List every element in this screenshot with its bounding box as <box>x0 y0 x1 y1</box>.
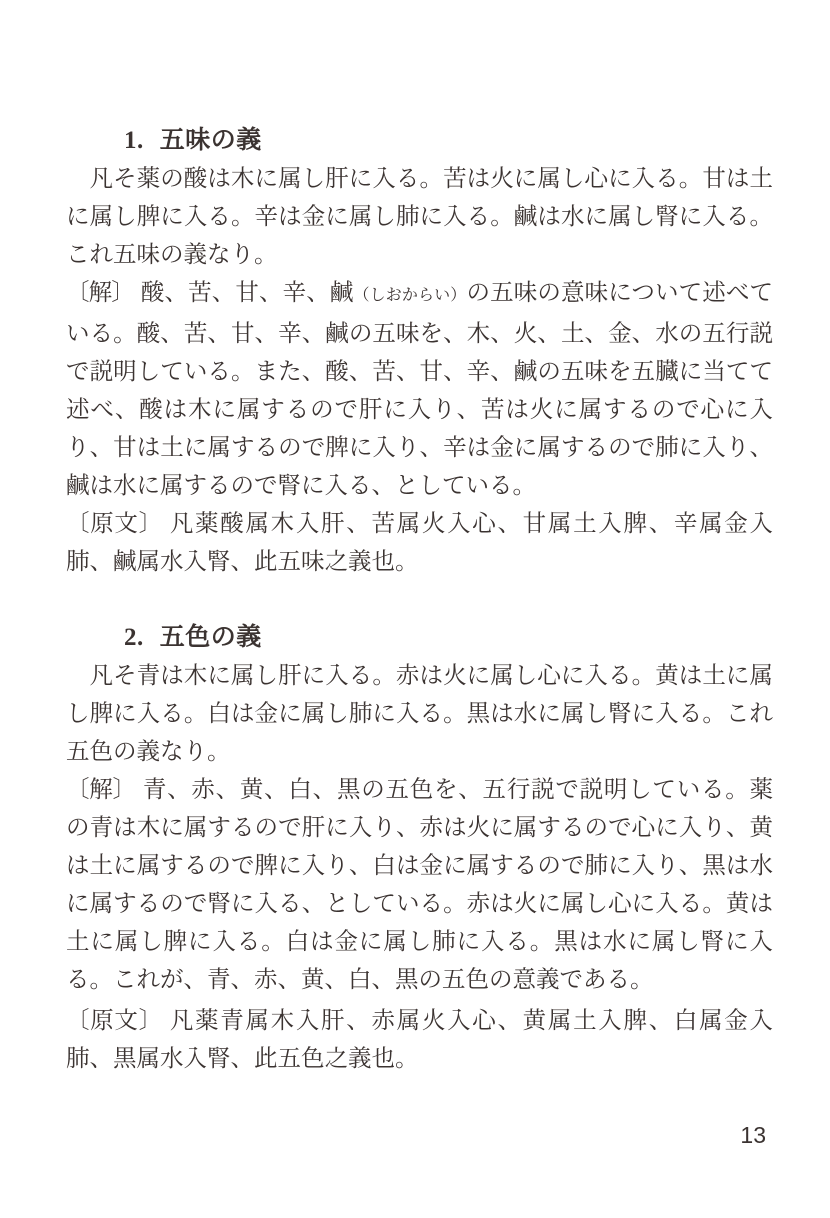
section-body-paragraph: 凡そ薬の酸は木に属し肝に入る。苦は火に属し心に入る。甘は土に属し脾に入る。辛は金… <box>66 160 773 274</box>
commentary-label: 〔解〕 <box>66 777 136 803</box>
section-heading: 1.五味の義 <box>66 122 773 160</box>
original-text: 凡薬青属木入肝、赤属火入心、黄属土入脾、白属金入肺、黒属水入腎、此五色之義也。 <box>66 1008 773 1072</box>
page-content: 1.五味の義 凡そ薬の酸は木に属し肝に入る。苦は火に属し心に入る。甘は土に属し脾… <box>66 0 773 1078</box>
commentary-paragraph: 〔解〕青、赤、黄、白、黒の五色を、五行説で説明している。薬の青は木に属するので肝… <box>66 771 773 1002</box>
section-number: 1. <box>124 122 144 160</box>
book-page: 1.五味の義 凡そ薬の酸は木に属し肝に入る。苦は火に属し心に入る。甘は土に属し脾… <box>0 0 830 1218</box>
commentary-label: 〔解〕 <box>66 280 134 306</box>
commentary-text: 青、赤、黄、白、黒の五色を、五行説で説明している。薬の青は木に属するので肝に入り… <box>66 777 773 993</box>
section-five-colors: 2.五色の義 凡そ青は木に属し肝に入る。赤は火に属し心に入る。黄は土に属し脾に入… <box>66 619 773 1078</box>
commentary-text: 酸、苦、甘、辛、鹹 <box>141 280 354 306</box>
section-five-tastes: 1.五味の義 凡そ薬の酸は木に属し肝に入る。苦は火に属し心に入る。甘は土に属し脾… <box>66 122 773 581</box>
reading-annotation: （しおからい） <box>354 287 467 304</box>
section-title: 五味の義 <box>160 127 262 154</box>
original-text-label: 〔原文〕 <box>66 511 163 537</box>
original-text: 凡薬酸属木入肝、苦属火入心、甘属土入脾、辛属金入肺、鹹属水入腎、此五味之義也。 <box>66 511 773 575</box>
page-number: 13 <box>740 1122 766 1149</box>
commentary-text-continued: の五味の意味について述べている。酸、苦、甘、辛、鹹の五味を、木、火、土、金、水の… <box>66 280 773 499</box>
original-text-label: 〔原文〕 <box>66 1008 163 1034</box>
original-text-paragraph: 〔原文〕凡薬青属木入肝、赤属火入心、黄属土入脾、白属金入肺、黒属水入腎、此五色之… <box>66 1002 773 1078</box>
section-body-paragraph: 凡そ青は木に属し肝に入る。赤は火に属し心に入る。黄は土に属し脾に入る。白は金に属… <box>66 657 773 771</box>
commentary-paragraph: 〔解〕酸、苦、甘、辛、鹹（しおからい）の五味の意味について述べている。酸、苦、甘… <box>66 274 773 505</box>
section-heading: 2.五色の義 <box>66 619 773 657</box>
section-number: 2. <box>124 619 144 657</box>
original-text-paragraph: 〔原文〕凡薬酸属木入肝、苦属火入心、甘属土入脾、辛属金入肺、鹹属水入腎、此五味之… <box>66 505 773 581</box>
section-title: 五色の義 <box>160 624 262 651</box>
